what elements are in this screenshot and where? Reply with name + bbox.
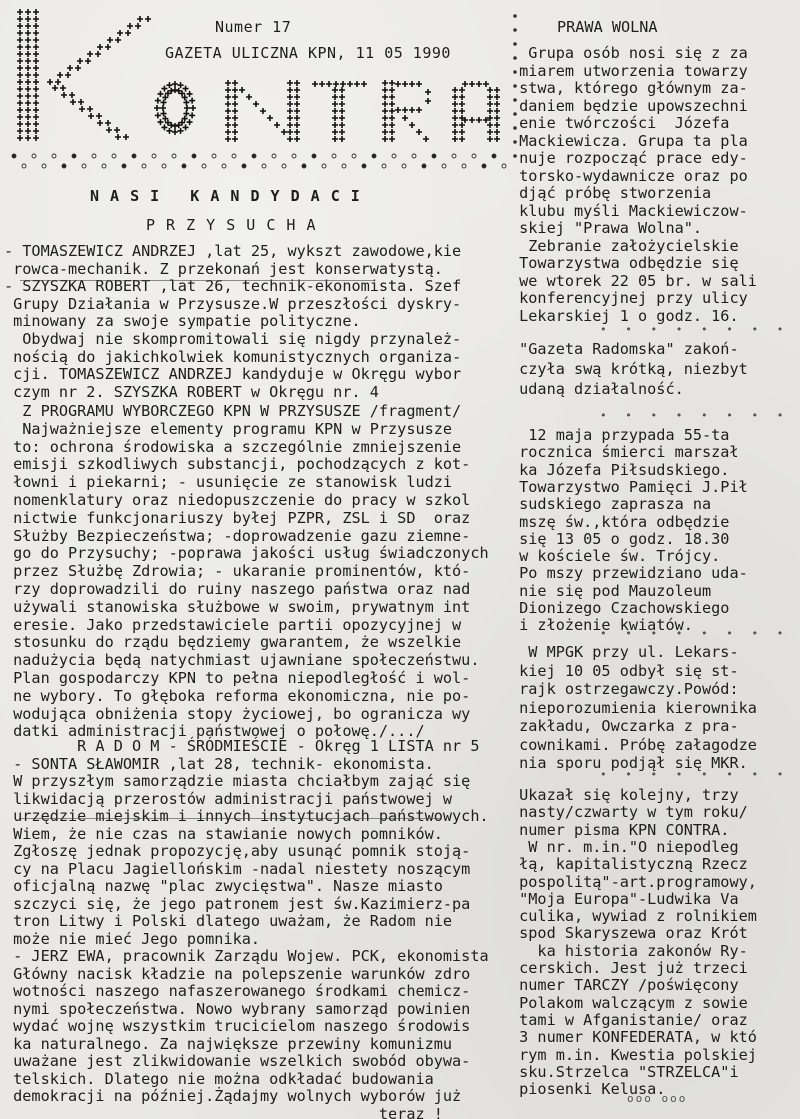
section-title-nasi-kandydaci: N A S I K A N D Y D A C I (90, 187, 361, 205)
text-line: daniem będzie upowszechni (510, 97, 748, 116)
text-line: telskich. Dlatego nie można odkładać bud… (4, 1070, 434, 1089)
text-line: urzędzie miejskim i innych instytucjach … (4, 807, 489, 826)
text-line: w kościele św. Trójcy. (510, 547, 720, 566)
text-line: torsko-wydawnicze oraz po (510, 167, 748, 186)
text-line: czym nr 2. SZYSZKA ROBERT w Okręgu nr. 4 (4, 383, 379, 402)
text-line: tami w Afganistanie/ oraz (510, 1011, 748, 1030)
end-mark: ooo ooo (627, 1092, 687, 1105)
text-line: wotności naszego nafaszerowanego środkam… (4, 982, 470, 1001)
text-line: kiej 10 05 odbył się st- (510, 662, 739, 681)
text-line: Towarzystwa odbędzie się (510, 254, 739, 273)
text-line: Towarzystwo Pamięci J.Pił (510, 478, 748, 497)
text-line: W nr. m.in."O niepodleg (510, 838, 739, 857)
text-line: stosunku do rządu będziemy gwarantem, że… (4, 633, 461, 652)
text-line: pospolitą"-art.programowy, (510, 873, 757, 892)
text-line: szczyci się, że jego patronem jest św.Ka… (4, 895, 470, 914)
text-line: djąć próbę stworzenia (510, 184, 711, 203)
text-line: zakładu, Owczarka z pra- (510, 717, 739, 736)
separator-dots: • • • • • • • • (600, 323, 789, 336)
text-line: we wtorek 22 05 br. w sali (510, 272, 757, 291)
text-line: to: ochrona środowiska a szczególnie zmn… (4, 438, 461, 457)
text-line: go do Przysuchy; -poprawa jakości usług … (4, 544, 489, 563)
text-line: rzy doprowadzili do ruiny naszego państw… (4, 580, 470, 599)
text-line: enie twórczości Józefa (510, 114, 729, 133)
text-line: spod Skaryszewa oraz Krót (510, 924, 748, 943)
masthead-subtitle: GAZETA ULICZNA KPN, 11 05 1990 (165, 44, 451, 62)
text-line: nuje rozpocząć prace edy- (510, 149, 748, 168)
text-line: W MPGK przy ul. Lekars- (510, 643, 739, 662)
text-line: nieporozumienia kierownika (510, 699, 757, 718)
text-line: oficjalną nazwę "plac zwycięstwa". Nasze… (4, 877, 443, 896)
text-line: Służby Bezpieczeństwa; -doprowadzenie ga… (4, 527, 470, 546)
text-line: stwa, którego głównym za- (510, 79, 748, 98)
text-line: teraz ! (4, 1105, 443, 1119)
text-line: Polakom walczącym z sowie (510, 994, 748, 1013)
text-line: emisji szkodliwych substancji, pochodząc… (4, 455, 470, 474)
text-line: rowca-mechanik. Z przekonań jest konserw… (4, 260, 443, 279)
text-line: cji. TOMASZEWICZ ANDRZEJ kandyduje w Okr… (4, 365, 461, 384)
text-line: nie się pod Mauzoleum (510, 582, 711, 601)
text-line: używali stanowiska służbowe w swoim, pry… (4, 598, 470, 617)
text-line: rajk ostrzegawczy.Powód: (510, 680, 739, 699)
text-line: "Moja Europa"-Ludwika Va (510, 890, 739, 909)
text-line: wydać wojnę wszystkim trucicielom naszeg… (4, 1017, 470, 1036)
text-line: Zgłoszę jednak propozycję,aby usunąć pom… (4, 842, 470, 861)
text-line: Po mszy przewidziano uda- (510, 564, 748, 583)
newspaper-page: Numer 17 GAZETA ULICZNA KPN, 11 05 1990 … (0, 0, 800, 1119)
text-line: R A D O M - ŚRÓDMIEŚCIE - Okręg 1 LISTA … (4, 737, 479, 756)
text-line: Obydwaj nie skompromitowali się nigdy pr… (4, 330, 461, 349)
text-line: cownikami. Próbę załagodze (510, 736, 757, 755)
text-line: Wiem, że nie czas na stawianie nowych po… (4, 825, 443, 844)
text-line: "Gazeta Radomska" zakoń- (510, 340, 739, 359)
text-line: nomenklatury oraz niedopuszczenie do pra… (4, 491, 470, 510)
text-line: rym m.in. Kwestia polskiej (510, 1046, 757, 1065)
text-line: może nie mieć Jego pomnika. (4, 930, 260, 949)
text-line: Zebranie założycielskie (510, 237, 739, 256)
text-line: 3 numer KONFEDERATA, w któ (510, 1028, 757, 1047)
text-line: nymi społeczeństwa. Nowo wybrany samorzą… (4, 1000, 470, 1019)
separator-dots: • • • • • • • • (600, 768, 789, 781)
text-line: tron Litwy i Polski dlatego uważam, że R… (4, 912, 452, 931)
text-line: Z PROGRAMU WYBORCZEGO KPN W PRZYSUSZE /f… (4, 402, 461, 421)
text-line: culika, wywiad z rolnikiem (510, 907, 757, 926)
text-line: Grupa osób nosi się z za (510, 44, 748, 63)
text-line: wodująca obniżenia stopy życiowej, bo og… (4, 705, 470, 724)
text-line: miarem utworzenia towarzy (510, 62, 748, 81)
text-line: nością do jakichkolwiek komunistycznych … (4, 348, 461, 367)
text-line: nasty/czwarty w tym roku/ (510, 803, 748, 822)
text-line: - JERZ EWA, pracownik Zarządu Wojew. PCK… (4, 947, 489, 966)
text-line: 12 maja przypada 55-ta (510, 426, 729, 445)
text-line: sku.Strzelca "STRZELCA"i (510, 1063, 739, 1082)
text-line: minowany za swoje sympatie polityczne. (4, 312, 361, 331)
text-line: W przyszłym samorządzie miasta chciałbym… (4, 772, 470, 791)
underline-rule (20, 818, 440, 819)
separator-dots: • • • • • • • • (600, 627, 789, 640)
text-line: rocznica śmierci marszał (510, 443, 739, 462)
article-title-prawa-wolna: PRAWA WOLNA (557, 18, 658, 37)
text-line: konferencyjnej przy ulicy (510, 289, 748, 308)
text-line: mszę św.,która odbędzie (510, 513, 729, 532)
text-line: numer TARCZY /poświęcony (510, 976, 739, 995)
text-line: ka historia zakonów Ry- (510, 942, 748, 961)
text-line: łowni i piekarni; - usunięcie ze stanowi… (4, 473, 452, 492)
text-line: się 13 05 o godz. 18.30 (510, 530, 729, 549)
text-line: - TOMASZEWICZ ANDRZEJ ,lat 25, wykszt za… (4, 242, 461, 261)
text-line: Najważniejsze elementy programu KPN w Pr… (4, 420, 452, 439)
text-line: uważane jest zlikwidowanie wszelkich swo… (4, 1052, 470, 1071)
text-line: numer pisma KPN CONTRA. (510, 821, 729, 840)
text-line: cerskich. Jest już trzeci (510, 959, 748, 978)
text-line: skiej "Prawa Wolna". (510, 219, 702, 238)
text-line: udaną działalność. (510, 380, 684, 399)
text-line: czyła swą krótką, niezbyt (510, 360, 748, 379)
text-line: nadużycia będą natychmiast ujawniane spo… (4, 651, 479, 670)
text-line: ka Józefa Piłsudskiego. (510, 461, 729, 480)
text-line: Główny nacisk kładzie na polepszenie war… (4, 965, 470, 984)
separator-dots: • • • • • • • • (600, 409, 789, 422)
text-line: łą, kapitalistyczną Rzecz (510, 855, 748, 874)
text-line: klubu myśli Mackiewiczow- (510, 202, 748, 221)
dotted-border (8, 150, 513, 172)
text-line: likwidacją przerostów administracji pańs… (4, 790, 452, 809)
text-line: nictwie funkcjonariuszy byłej PZPR, ZSL … (4, 509, 470, 528)
text-line: Ukazał się kolejny, trzy (510, 786, 739, 805)
text-line: Plan gospodarczy KPN to pełna niepodległ… (4, 669, 470, 688)
subsection-title-przysucha: P R Z Y S U C H A (146, 216, 317, 234)
text-line: przez Służbę Zdrowia; - ukaranie promine… (4, 562, 470, 581)
text-line: sudskiego zaprasza na (510, 495, 711, 514)
text-line: cy na Placu Jagiellońskim -nadal niestet… (4, 860, 470, 879)
underline-rule (20, 280, 375, 281)
text-line: ne wybory. To głęboka reforma ekonomiczn… (4, 687, 470, 706)
text-line: demokracji na później.Żądajmy wolnych wy… (4, 1087, 461, 1106)
text-line: ka naturalnego. Za największe przewiny k… (4, 1035, 452, 1054)
text-line: Mackiewicza. Grupa ta pla (510, 132, 748, 151)
text-line: eresie. Jako przedstawiciele partii opoz… (4, 616, 461, 635)
text-line: - SONTA SŁAWOMIR ,lat 28, technik- ekono… (4, 755, 434, 774)
text-line: Dionizego Czachowskiego (510, 599, 729, 618)
text-line: Grupy Działania w Przysusze.W przeszłośc… (4, 295, 461, 314)
issue-number: Numer 17 (215, 18, 291, 36)
